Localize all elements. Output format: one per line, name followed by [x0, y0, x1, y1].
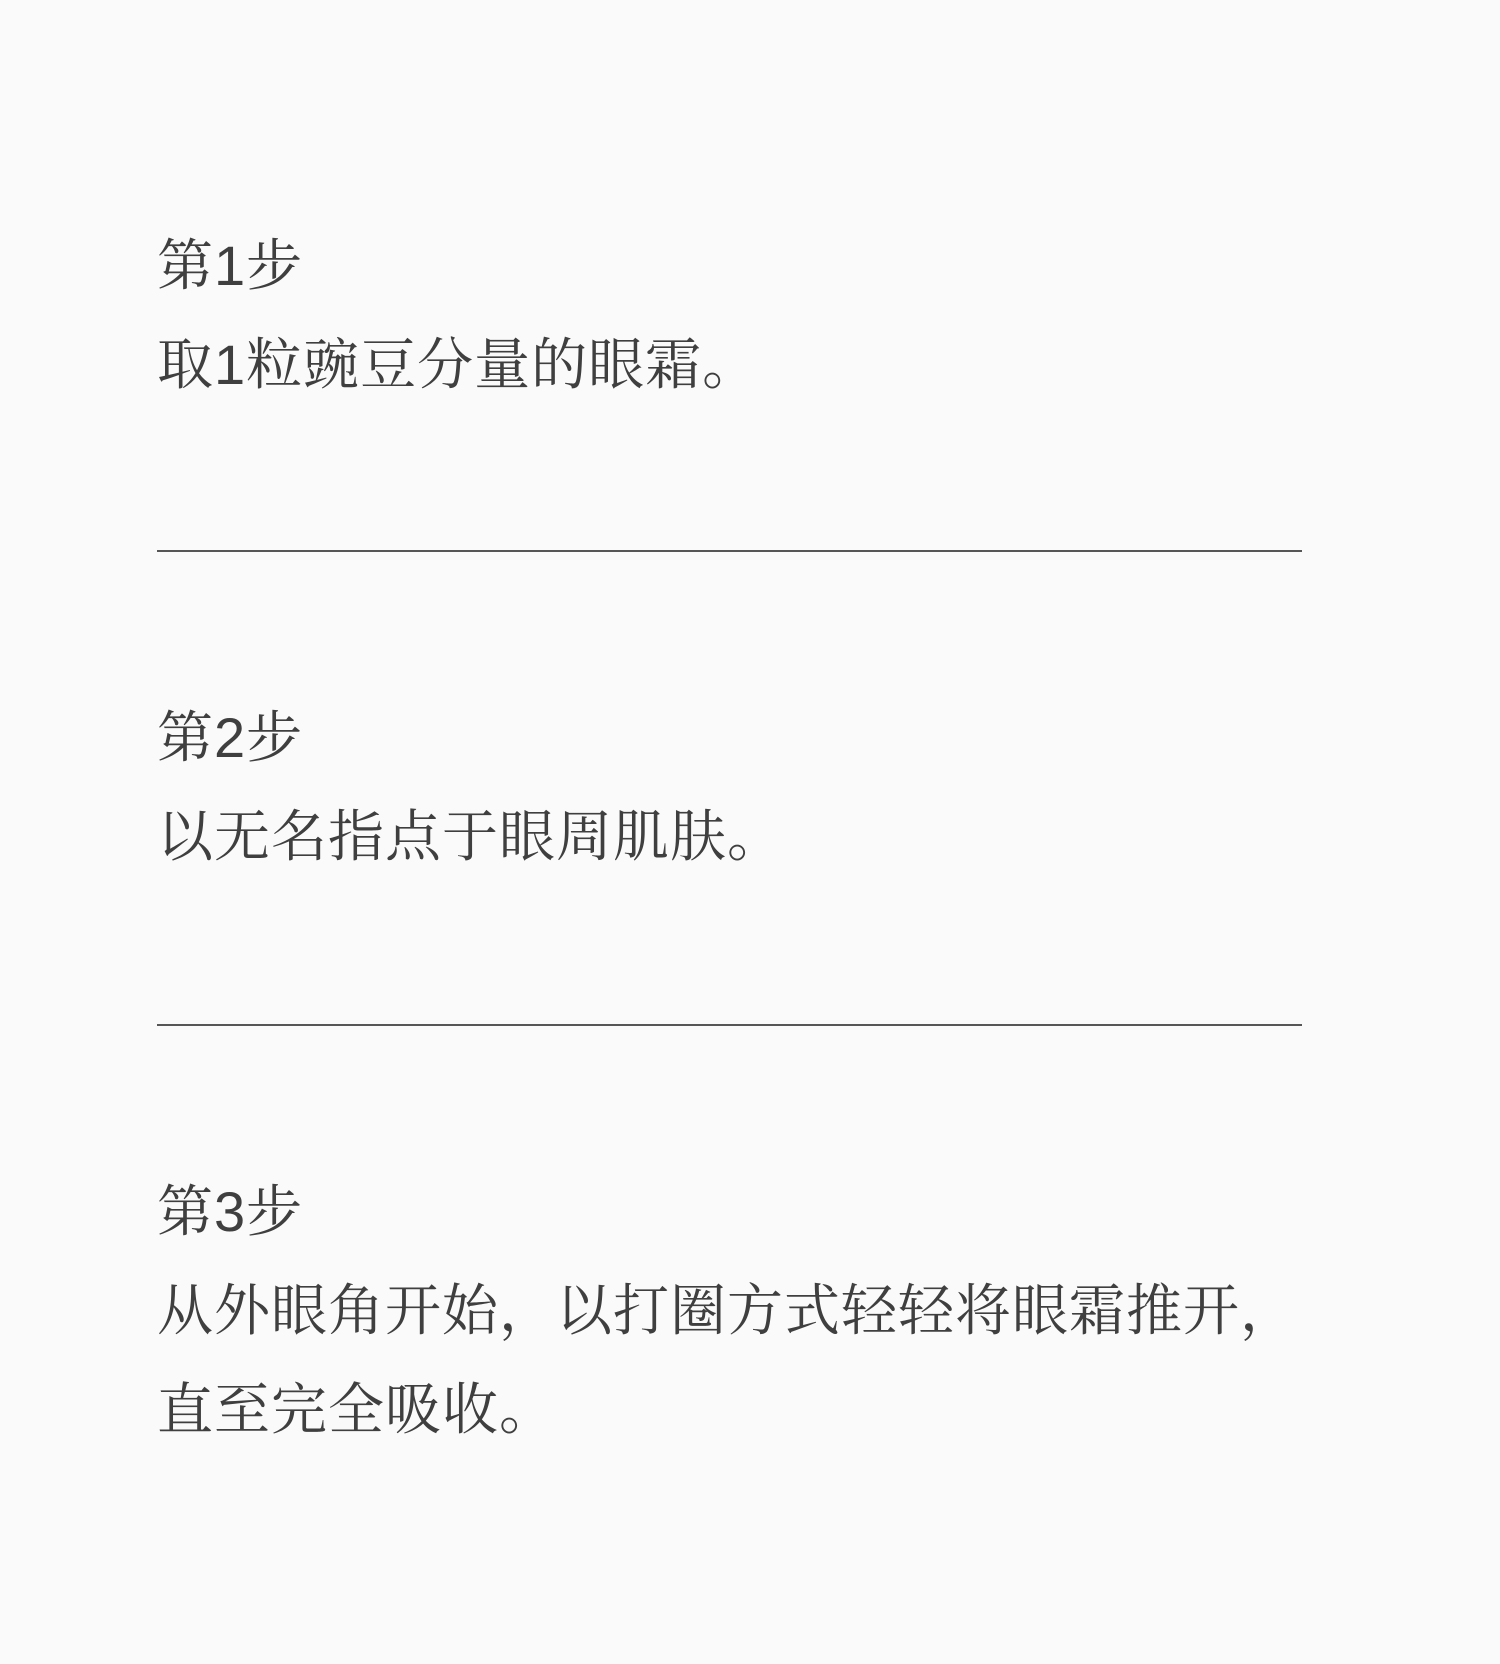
divider-2: [157, 1024, 1302, 1026]
step-2-title: 第2步: [157, 688, 1400, 787]
step-1: 第1步 取1粒豌豆分量的眼霜。: [157, 216, 1400, 414]
step-3-title: 第3步: [157, 1162, 1400, 1261]
divider-1: [157, 550, 1302, 552]
step-2: 第2步 以无名指点于眼周肌肤。: [157, 688, 1400, 886]
step-1-title: 第1步: [157, 216, 1400, 315]
usage-instructions-page: 第1步 取1粒豌豆分量的眼霜。 第2步 以无名指点于眼周肌肤。 第3步 从外眼角…: [0, 0, 1500, 1664]
step-2-text: 以无名指点于眼周肌肤。: [157, 787, 1400, 886]
step-3-text-line-2: 直至完全吸收。: [157, 1360, 1400, 1459]
step-3: 第3步 从外眼角开始，以打圈方式轻轻将眼霜推开， 直至完全吸收。: [157, 1162, 1400, 1459]
step-3-text-line-1: 从外眼角开始，以打圈方式轻轻将眼霜推开，: [157, 1261, 1400, 1360]
step-1-text: 取1粒豌豆分量的眼霜。: [157, 315, 1400, 414]
